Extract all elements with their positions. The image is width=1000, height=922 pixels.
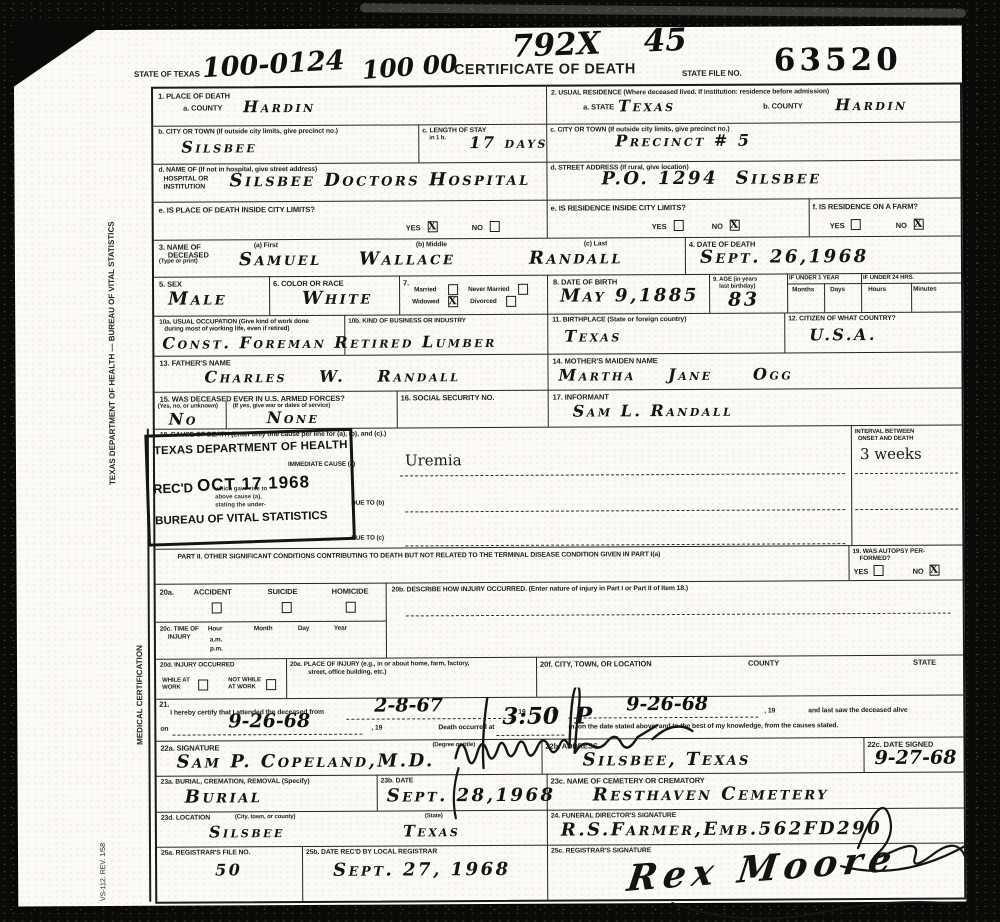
handwritten-top-number: 792X 45 bbox=[511, 22, 687, 65]
rule-line bbox=[547, 314, 548, 354]
field-label: b. CITY OR TOWN (If outside city limits,… bbox=[158, 128, 338, 136]
attended-from-date: 2-8-67 bbox=[374, 694, 443, 716]
dashed-line bbox=[855, 509, 958, 511]
field-label: Married bbox=[414, 286, 436, 293]
yes-label: YES bbox=[854, 567, 869, 576]
field-label: IF UNDER 24 HRS. bbox=[863, 275, 914, 281]
physician-signature-scribble bbox=[447, 687, 748, 804]
field-label: 25c. REGISTRAR'S SIGNATURE bbox=[551, 847, 651, 855]
citizenship-value: U.S.A. bbox=[809, 325, 877, 344]
field-label: 7. bbox=[403, 278, 409, 287]
rule-line bbox=[226, 401, 227, 428]
registrar-signature-flourish bbox=[658, 884, 958, 922]
field-label: 11. BIRTHPLACE (State or foreign country… bbox=[552, 316, 686, 324]
field-label: a. COUNTY bbox=[183, 103, 222, 112]
field-label: 20d. INJURY OCCURRED bbox=[160, 661, 234, 668]
registrar-file-no-value: 50 bbox=[215, 860, 242, 879]
rule-line bbox=[851, 425, 853, 545]
field-label: 20c. TIME OF bbox=[160, 626, 199, 633]
hospital-name-value: Silsbee Doctors Hospital bbox=[229, 169, 530, 192]
field-label: f. IS RESIDENCE ON A FARM? bbox=[813, 202, 918, 212]
checkbox-accident bbox=[212, 602, 222, 613]
field-label: DUE TO (c) bbox=[351, 535, 384, 542]
birthplace-value: Texas bbox=[564, 326, 622, 345]
field-label: 9. AGE (in years bbox=[713, 277, 757, 283]
rule-line bbox=[863, 737, 864, 772]
occupation-value: Const. Foreman Retired Lumber bbox=[162, 332, 497, 353]
check-mark: X bbox=[930, 563, 939, 576]
field-label: e. IS PLACE OF DEATH INSIDE CITY LIMITS? bbox=[159, 205, 315, 215]
interval-value: 3 weeks bbox=[860, 445, 922, 463]
field-label: WORK bbox=[162, 685, 181, 691]
field-label: during most of working life, even if ret… bbox=[164, 325, 289, 333]
field-label: Divorced bbox=[470, 298, 497, 305]
field-label: 13. FATHER'S NAME bbox=[159, 358, 230, 367]
date-of-death-value: Sept. 26,1968 bbox=[700, 246, 869, 268]
check-mark: X bbox=[914, 217, 923, 230]
dashed-line bbox=[405, 509, 845, 512]
margin-department-text: TEXAS DEPARTMENT OF HEALTH — BUREAU OF V… bbox=[107, 195, 118, 485]
field-label: AT WORK bbox=[228, 684, 256, 690]
year-blank-label: , 19 bbox=[371, 725, 382, 732]
rule-line bbox=[154, 236, 961, 241]
field-label: Hour bbox=[208, 625, 223, 632]
residence-county-value: Hardin bbox=[835, 95, 908, 114]
father-name-value: Charles W. Randall bbox=[204, 366, 460, 386]
year-blank-label: , 19 bbox=[764, 708, 775, 715]
certify-text: and last saw the deceased alive bbox=[808, 707, 907, 715]
field-label: PART II. OTHER SIGNIFICANT CONDITIONS CO… bbox=[177, 551, 660, 561]
rule-line bbox=[709, 274, 710, 313]
field-label: (City, town, or county) bbox=[235, 814, 296, 820]
torn-page-edge bbox=[360, 3, 966, 17]
date-signed-value: 9-27-68 bbox=[874, 747, 956, 769]
handwritten-code-right: 100 00 bbox=[361, 49, 459, 85]
rule-line bbox=[386, 583, 387, 658]
stamp-line1: TEXAS DEPARTMENT OF HEALTH bbox=[154, 439, 348, 457]
field-label: SUICIDE bbox=[268, 587, 298, 596]
rule-line bbox=[399, 275, 400, 314]
field-label: 20e. PLACE OF INJURY (e.g., in or about … bbox=[290, 660, 469, 668]
street-address-value: P.O. 1294 Silsbee bbox=[601, 167, 821, 189]
field-label: 16. SOCIAL SECURITY NO. bbox=[401, 393, 495, 402]
rule-line bbox=[156, 621, 386, 623]
last-seen-alive-date: 9-26-68 bbox=[228, 710, 310, 732]
checkbox-suicide bbox=[282, 602, 292, 613]
field-label: (State) bbox=[425, 813, 443, 819]
field-label: FORMED? bbox=[859, 555, 890, 562]
field-label: NOT WHILE bbox=[228, 677, 261, 683]
checkbox-farm-yes bbox=[851, 219, 861, 230]
residence-state-value: Texas bbox=[618, 96, 676, 115]
field-label: Hours bbox=[868, 286, 886, 293]
scan-background: TEXAS DEPARTMENT OF HEALTH — BUREAU OF V… bbox=[0, 0, 1000, 922]
no-label: NO bbox=[712, 222, 723, 231]
pen-stroke bbox=[443, 764, 469, 822]
no-label: NO bbox=[896, 221, 907, 230]
field-label: 12. CITIZEN OF WHAT COUNTRY? bbox=[788, 315, 896, 323]
field-label: 2. USUAL RESIDENCE (Where deceased lived… bbox=[551, 88, 829, 96]
first-name-value: Samuel bbox=[239, 249, 322, 270]
date-received-value: Sept. 27, 1968 bbox=[333, 859, 511, 881]
field-label: 20f. CITY, TOWN, OR LOCATION bbox=[540, 659, 652, 669]
field-label: 23b. DATE bbox=[381, 777, 414, 784]
field-label: 10b. KIND OF BUSINESS OR INDUSTRY bbox=[348, 317, 466, 325]
state-file-number: 63520 bbox=[774, 42, 902, 79]
field-label: WHILE AT bbox=[162, 678, 190, 684]
city-of-death-value: Silsbee bbox=[181, 137, 257, 156]
certificate-paper: TEXAS DEPARTMENT OF HEALTH — BUREAU OF V… bbox=[14, 26, 967, 907]
field-label: Month bbox=[254, 625, 273, 632]
rule-line bbox=[547, 275, 548, 314]
funeral-director-signature-scribble bbox=[836, 777, 982, 883]
checkbox-homicide bbox=[346, 602, 356, 613]
rule-line bbox=[286, 658, 287, 698]
race-value: White bbox=[302, 288, 373, 309]
checkbox-residence-in-city-yes bbox=[674, 220, 684, 231]
checkbox-residence-in-city-no: X bbox=[730, 220, 740, 231]
field-label: HOMICIDE bbox=[332, 587, 369, 596]
check-mark: X bbox=[448, 294, 457, 307]
rule-line bbox=[547, 810, 548, 845]
certificate-title: CERTIFICATE OF DEATH bbox=[454, 61, 636, 78]
rule-line bbox=[784, 312, 785, 352]
rule-line bbox=[787, 283, 961, 285]
county-of-death-value: Hardin bbox=[243, 97, 316, 116]
armed-forces-value: No bbox=[169, 410, 198, 429]
field-label: b. COUNTY bbox=[763, 101, 803, 110]
immediate-cause-value: Uremia bbox=[405, 451, 462, 469]
middle-name-value: Wallace bbox=[359, 248, 456, 270]
rule-line bbox=[848, 545, 849, 580]
field-label: Months bbox=[792, 286, 814, 293]
yes-label: YES bbox=[652, 222, 667, 231]
rule-line bbox=[809, 198, 810, 236]
no-label: NO bbox=[472, 223, 483, 232]
field-label: 6. COLOR OR RACE bbox=[273, 279, 344, 288]
rule-line bbox=[269, 276, 270, 315]
field-label: Never Married bbox=[468, 286, 509, 293]
field-label: e. IS RESIDENCE INSIDE CITY LIMITS? bbox=[551, 203, 686, 213]
field-label: 20a. bbox=[160, 588, 174, 597]
field-label: 21. bbox=[159, 700, 169, 709]
stamp-date: OCT 17 1968 bbox=[197, 472, 311, 496]
date-of-birth-value: May 9,1885 bbox=[560, 285, 699, 307]
no-label: NO bbox=[913, 567, 924, 576]
field-label: ONSET AND DEATH bbox=[858, 436, 914, 442]
field-label: 25a. REGISTRAR'S FILE NO. bbox=[161, 849, 250, 856]
rule-line bbox=[377, 775, 378, 811]
field-label: STATE bbox=[913, 658, 936, 667]
checkbox-autopsy-yes bbox=[874, 565, 884, 576]
margin-form-number: VS-112. REV. 1/58 bbox=[100, 756, 108, 901]
field-label: 23d. LOCATION bbox=[161, 814, 210, 821]
stamp-recd-label: REC'D bbox=[153, 480, 193, 496]
field-label: p.m. bbox=[210, 645, 223, 652]
field-label: INSTITUTION bbox=[164, 183, 206, 190]
checkbox-not-while-at-work bbox=[266, 679, 276, 690]
war-service-value: None bbox=[267, 408, 320, 427]
check-mark: X bbox=[428, 219, 437, 232]
field-label: COUNTY bbox=[748, 658, 779, 667]
field-label: Year bbox=[334, 625, 347, 632]
yes-label: YES bbox=[406, 223, 421, 232]
dashed-line bbox=[855, 473, 958, 475]
physician-signature-value: Sam P. Copeland,M.D. bbox=[176, 750, 434, 772]
burial-state-value: Texas bbox=[403, 821, 461, 840]
burial-type-value: Burial bbox=[185, 786, 263, 807]
rule-line bbox=[911, 283, 912, 312]
checkbox-death-in-city-yes: X bbox=[428, 221, 438, 232]
rule-line bbox=[547, 354, 548, 390]
field-label: a. STATE bbox=[583, 102, 614, 111]
field-label: ACCIDENT bbox=[194, 587, 232, 596]
funeral-director-value: R.S.Farmer,Emb.562FD290 bbox=[561, 818, 882, 841]
field-label: 25b. DATE REC'D BY LOCAL REGISTRAR bbox=[306, 848, 437, 856]
checkbox-never-married bbox=[518, 284, 528, 295]
rule-line bbox=[397, 390, 398, 427]
rule-line bbox=[548, 390, 549, 427]
field-label: INJURY bbox=[168, 634, 191, 641]
field-label: 23a. BURIAL, CREMATION, REMOVAL (Specify… bbox=[161, 778, 310, 786]
field-label: a.m. bbox=[210, 636, 222, 643]
age-value: 83 bbox=[728, 289, 760, 311]
rule-line bbox=[547, 845, 548, 900]
checkbox-autopsy-no: X bbox=[930, 565, 940, 576]
handwritten-code-left: 100-0124 bbox=[201, 45, 345, 84]
certify-text: on bbox=[160, 726, 168, 733]
sex-value: Male bbox=[168, 288, 227, 309]
field-label: 20b. DESCRIBE HOW INJURY OCCURRED. (Ente… bbox=[392, 585, 688, 594]
dashed-line bbox=[172, 734, 362, 736]
checkbox-divorced bbox=[506, 296, 516, 307]
checkbox-death-in-city-no bbox=[490, 221, 500, 232]
checkbox-farm-no: X bbox=[914, 219, 924, 230]
field-label: Widowed bbox=[412, 298, 439, 305]
field-label: street, office building, etc.) bbox=[308, 669, 386, 676]
last-name-value: Randall bbox=[529, 247, 623, 268]
field-label: 17. INFORMANT bbox=[553, 392, 609, 401]
field-label: HOSPITAL OR bbox=[163, 175, 208, 182]
yes-label: YES bbox=[830, 221, 845, 230]
margin-medical-certification-text: MEDICAL CERTIFICATION bbox=[134, 545, 144, 745]
rule-line bbox=[824, 283, 825, 312]
field-label: 1. PLACE OF DEATH bbox=[158, 91, 230, 100]
field-label: Day bbox=[298, 625, 309, 632]
received-stamp: TEXAS DEPARTMENT OF HEALTH REC'D OCT 17 … bbox=[144, 428, 356, 547]
field-label: Days bbox=[830, 286, 845, 293]
rule-line bbox=[302, 846, 303, 901]
state-file-no-label: STATE FILE NO. bbox=[682, 69, 742, 78]
residence-city-value: Precinct # 5 bbox=[615, 131, 751, 151]
rule-line bbox=[418, 124, 419, 162]
field-label: INTERVAL BETWEEN bbox=[855, 429, 914, 435]
burial-city-value: Silsbee bbox=[209, 822, 285, 841]
checkbox-while-at-work bbox=[198, 679, 208, 690]
rule-line bbox=[156, 580, 963, 585]
mother-name-value: Martha Jane Ogg bbox=[558, 364, 793, 384]
stamp-line3: BUREAU OF VITAL STATISTICS bbox=[155, 510, 328, 528]
length-of-stay-value: 17 days bbox=[469, 133, 548, 152]
field-label: (Type or print) bbox=[159, 259, 198, 265]
rule-line bbox=[685, 237, 686, 274]
check-mark: X bbox=[730, 218, 739, 231]
field-label: 5. SEX bbox=[159, 280, 182, 289]
informant-value: Sam L. Randall bbox=[573, 401, 734, 421]
checkbox-widowed: X bbox=[448, 296, 458, 307]
field-label: IF UNDER 1 YEAR bbox=[789, 275, 839, 281]
field-label: in 1 b. bbox=[429, 135, 446, 141]
rule-line bbox=[787, 273, 788, 312]
dashed-line bbox=[406, 613, 951, 617]
field-label: DUE TO (b) bbox=[351, 500, 384, 507]
state-of-texas-label: STATE OF TEXAS bbox=[134, 70, 200, 79]
rule-line bbox=[861, 273, 862, 312]
field-label: Minutes bbox=[913, 286, 936, 293]
dashed-line bbox=[400, 473, 845, 476]
